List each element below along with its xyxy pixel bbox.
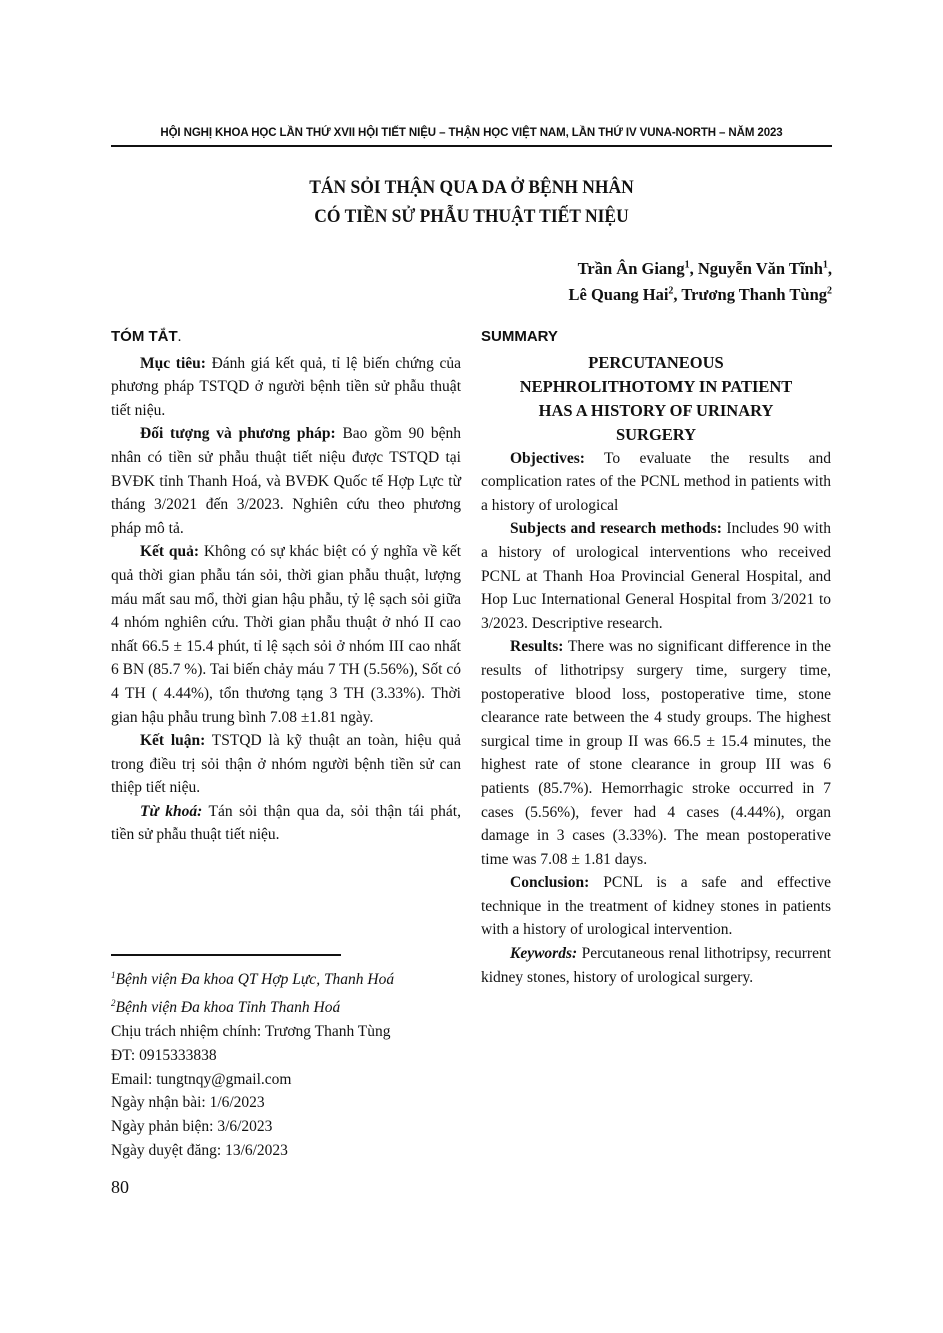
section-heading: SUMMARY [481, 325, 831, 349]
author-name: Trần Ân Giang [578, 259, 685, 278]
author-name: Lê Quang Hai [568, 285, 668, 304]
footnote-rule [111, 954, 341, 956]
email: Email: tungtnqy@gmail.com [111, 1068, 471, 1092]
objective-paragraph: Mục tiêu: Đánh giá kết quả, tỉ lệ biến c… [111, 352, 461, 423]
english-title: PERCUTANEOUS NEPHROLITHOTOMY IN PATIENT … [481, 351, 831, 447]
results-label: Kết quả: [140, 543, 199, 560]
results-paragraph: Results: There was no significant differ… [481, 635, 831, 871]
results-label: Results: [510, 638, 563, 655]
keywords-paragraph: Keywords: Percutaneous renal lithotripsy… [481, 942, 831, 989]
author-name: Trương Thanh Tùng [681, 285, 827, 304]
paper-title: TÁN SỎI THẬN QUA DA Ở BỆNH NHÂN CÓ TIỀN … [140, 173, 803, 231]
abstract-english: SUMMARY PERCUTANEOUS NEPHROLITHOTOMY IN … [481, 325, 831, 989]
affiliation-2: 2Bệnh viện Đa khoa Tỉnh Thanh Hoá [111, 992, 471, 1020]
date-accepted: Ngày duyệt đăng: 13/6/2023 [111, 1139, 471, 1163]
author-affiliation: 2 [827, 286, 832, 297]
conclusion-paragraph: Kết luận: TSTQD là kỹ thuật an toàn, hiệ… [111, 729, 461, 800]
author-separator: , [828, 259, 832, 278]
methods-paragraph: Subjects and research methods: Includes … [481, 517, 831, 635]
keywords-paragraph: Từ khoá: Tán sỏi thận qua da, sỏi thận t… [111, 800, 461, 847]
footnotes: 1Bệnh viện Đa khoa QT Hợp Lực, Thanh Hoá… [111, 964, 471, 1163]
methods-paragraph: Đối tượng và phương pháp: Bao gồm 90 bện… [111, 422, 461, 540]
phone: ĐT: 0915333838 [111, 1044, 471, 1068]
author-name: Nguyễn Văn Tĩnh [698, 259, 823, 278]
keywords-label: Từ khoá: [140, 803, 202, 820]
paper-title-line-1: TÁN SỎI THẬN QUA DA Ở BỆNH NHÂN [140, 173, 803, 202]
affiliation-1: 1Bệnh viện Đa khoa QT Hợp Lực, Thanh Hoá [111, 964, 471, 992]
author-line-2: Lê Quang Hai2, Trương Thanh Tùng2 [568, 282, 832, 308]
author-separator: , [690, 259, 698, 278]
objective-paragraph: Objectives: To evaluate the results and … [481, 447, 831, 518]
paper-title-line-2: CÓ TIỀN SỬ PHẪU THUẬT TIẾT NIỆU [140, 202, 803, 231]
conclusion-paragraph: Conclusion: PCNL is a safe and effective… [481, 871, 831, 942]
objective-label: Mục tiêu: [140, 355, 206, 372]
objective-label: Objectives: [510, 450, 585, 467]
conclusion-label: Kết luận: [140, 732, 205, 749]
results-paragraph: Kết quả: Không có sự khác biệt có ý nghĩ… [111, 540, 461, 729]
date-received: Ngày nhận bài: 1/6/2023 [111, 1091, 471, 1115]
page-number: 80 [111, 1177, 129, 1198]
date-reviewed: Ngày phản biện: 3/6/2023 [111, 1115, 471, 1139]
abstract-vietnamese: TÓM TẮT. Mục tiêu: Đánh giá kết quả, tỉ … [111, 325, 461, 847]
header-rule [111, 145, 832, 147]
methods-label: Đối tượng và phương pháp: [140, 425, 336, 442]
section-heading: TÓM TẮT. [111, 325, 461, 350]
author-line-1: Trần Ân Giang1, Nguyễn Văn Tĩnh1, [568, 256, 832, 282]
conclusion-label: Conclusion: [510, 874, 589, 891]
author-list: Trần Ân Giang1, Nguyễn Văn Tĩnh1, Lê Qua… [568, 256, 832, 308]
corresponding-author: Chịu trách nhiệm chính: Trương Thanh Tùn… [111, 1020, 471, 1044]
methods-label: Subjects and research methods: [510, 520, 722, 537]
running-head: HỘI NGHỊ KHOA HỌC LẦN THỨ XVII HỘI TIẾT … [111, 127, 832, 139]
keywords-label: Keywords: [510, 945, 577, 962]
